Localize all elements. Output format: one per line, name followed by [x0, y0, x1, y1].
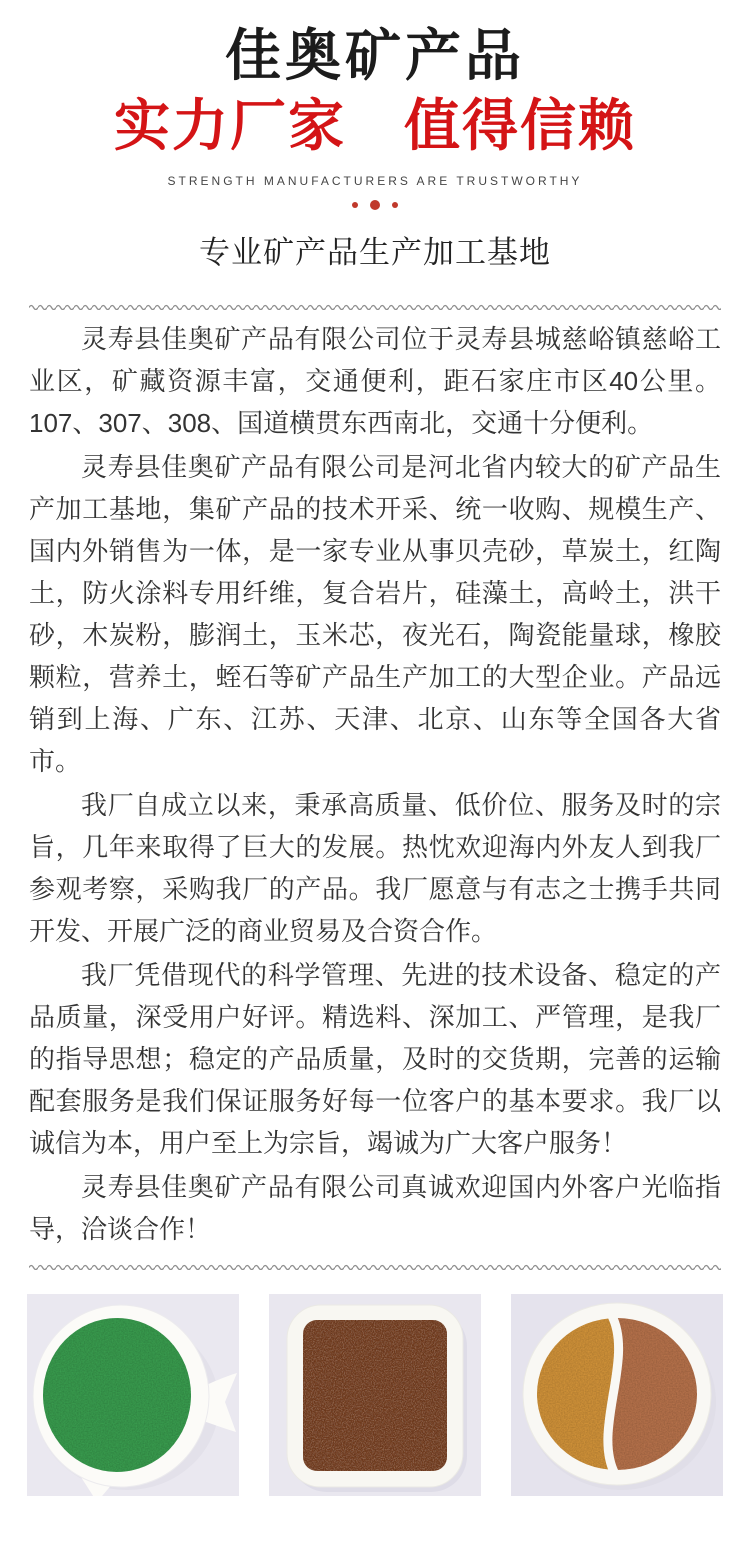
- page-header: 佳奥矿产品 实力厂家 值得信赖 STRENGTH MANUFACTURERS A…: [0, 0, 750, 272]
- photo-two-color-sand-round-dish: [511, 1294, 723, 1496]
- subtitle-base: 专业矿产品生产加工基地: [0, 227, 750, 272]
- product-photos-row: [27, 1294, 723, 1496]
- body-paragraph: 我厂凭借现代的科学管理、先进的技术设备、稳定的产品质量，深受用户好评。精选料、深…: [29, 954, 721, 1164]
- body-paragraph: 我厂自成立以来，秉承高质量、低价位、服务及时的宗旨，几年来取得了巨大的发展。热忱…: [29, 784, 721, 952]
- body-paragraph: 灵寿县佳奥矿产品有限公司是河北省内较大的矿产品生产加工基地，集矿产品的技术开采、…: [29, 446, 721, 782]
- body-paragraph: 灵寿县佳奥矿产品有限公司真诚欢迎国内外客户光临指导，洽谈合作！: [29, 1166, 721, 1250]
- dots-separator: [0, 199, 750, 211]
- dot-icon: [352, 202, 358, 208]
- slogan-title: 实力厂家 值得信赖: [0, 97, 750, 154]
- wavy-divider-top: [29, 302, 721, 310]
- body-paragraph: 灵寿县佳奥矿产品有限公司位于灵寿县城慈峪镇慈峪工业区，矿藏资源丰富，交通便利，距…: [29, 318, 721, 444]
- company-intro-text: 灵寿县佳奥矿产品有限公司位于灵寿县城慈峪镇慈峪工业区，矿藏资源丰富，交通便利，距…: [29, 318, 721, 1250]
- product-detail-page: 佳奥矿产品 实力厂家 值得信赖 STRENGTH MANUFACTURERS A…: [0, 0, 750, 1552]
- dot-icon: [392, 202, 398, 208]
- green-sand: [43, 1318, 191, 1472]
- wavy-divider-bottom: [29, 1262, 721, 1270]
- page-title: 佳奥矿产品: [0, 27, 750, 84]
- photo-copper-granules-square-dish: [269, 1294, 481, 1496]
- dot-icon: [370, 200, 380, 210]
- photo-green-sand-fish-dish: [27, 1294, 239, 1496]
- copper-granules: [303, 1320, 447, 1471]
- english-tagline: STRENGTH MANUFACTURERS ARE TRUSTWORTHY: [0, 174, 750, 188]
